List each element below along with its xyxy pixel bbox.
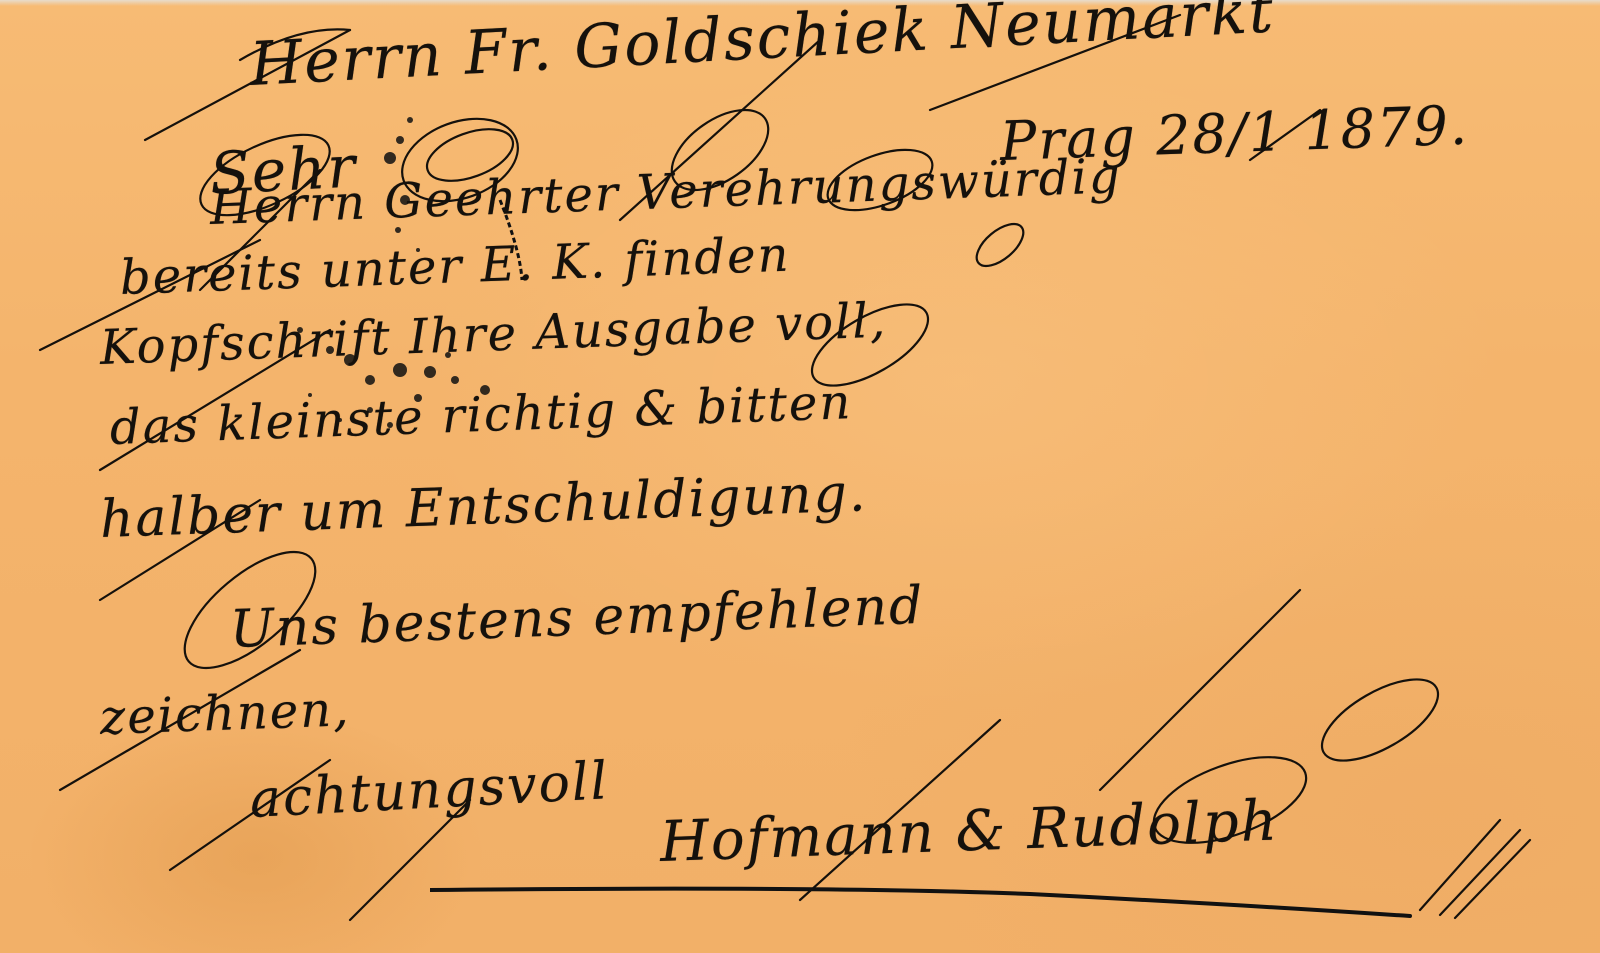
body-line-2: bereits unter E. K. finden <box>119 227 791 306</box>
closing-phrase: achtungsvoll <box>248 751 610 830</box>
signature-underline <box>430 882 1430 922</box>
body-line-5: halber um Entschuldigung. <box>99 463 868 550</box>
address-line: Herrn Fr. Goldschiek Neumarkt <box>248 0 1276 100</box>
signature: Hofmann & Rudolph <box>659 788 1280 875</box>
postcard: Herrn Fr. Goldschiek Neumarkt Prag 28/1 … <box>0 0 1600 953</box>
body-line-6: Uns bestens empfehlend <box>229 576 925 660</box>
body-line-7: zeichnen, <box>99 681 351 746</box>
body-line-4: das kleinste richtig & bitten <box>109 374 853 456</box>
